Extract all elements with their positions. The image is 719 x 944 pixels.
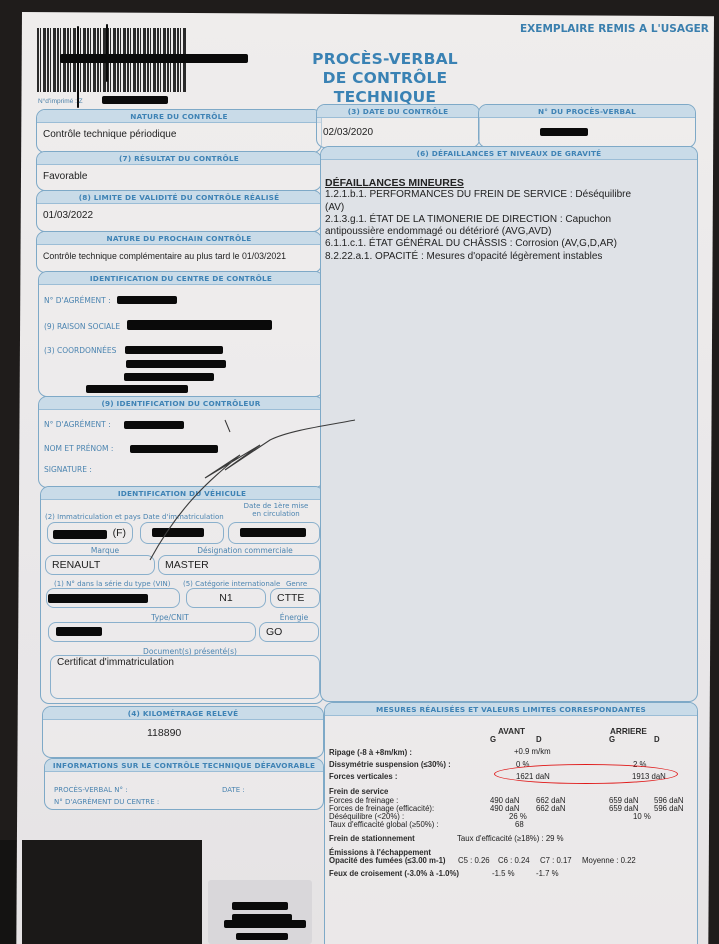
section-header: N° DU PROCÈS-VERBAL <box>479 105 695 118</box>
section-header: (4) KILOMÉTRAGE RELEVÉ <box>43 707 323 720</box>
dissymetrie-label: Dissymétrie suspension (≤30%) : <box>329 760 451 769</box>
coordonnees-label: (3) COORDONNÉES <box>44 346 116 355</box>
opacite-label: Opacité des fumées (≤3.00 m-1) <box>329 856 446 865</box>
frein-stationnement-label: Frein de stationnement <box>329 834 415 843</box>
arriere-d: D <box>654 735 660 744</box>
opacite-c5: C5 : 0.26 <box>458 856 490 865</box>
documents-field: Certificat d'immatriculation <box>50 655 320 699</box>
defaillance-line: 2.1.3.g.1. ÉTAT DE LA TIMONERIE DE DIREC… <box>325 214 685 226</box>
opacite-c7: C7 : 0.17 <box>540 856 572 865</box>
date-mise-label: Date de 1ère mise en circulation <box>236 502 316 518</box>
taux-global-value: 68 <box>515 820 524 829</box>
energie-label: Énergie <box>272 613 316 622</box>
genre-label: Genre <box>286 580 307 588</box>
section-header: NATURE DU PROCHAIN CONTRÔLE <box>37 232 321 245</box>
date-controle-box: (3) DATE DU CONTRÔLE 02/03/2020 <box>316 104 480 148</box>
immat-label: (2) Immatriculation et pays <box>45 513 141 521</box>
defaillances-title: DÉFAILLANCES MINEURES <box>325 177 685 189</box>
type-label: Type/CNIT <box>130 613 210 622</box>
prochain-value: Contrôle technique complémentaire au plu… <box>37 245 321 261</box>
feux-croisement-g: -1.5 % <box>492 869 515 878</box>
ripage-value: +0.9 m/km <box>514 747 551 756</box>
defaillance-line: 8.2.22.a.1. OPACITÉ : Mesures d'opacité … <box>325 251 685 263</box>
signature-label: SIGNATURE : <box>44 465 92 474</box>
section-header: (6) DÉFAILLANCES ET NIVEAUX DE GRAVITÉ <box>321 147 697 160</box>
feux-croisement-label: Feux de croisement (-3.0% à -1.0%) <box>329 869 459 878</box>
forces-verticales-label: Forces verticales : <box>329 772 397 781</box>
pv-number-box: N° DU PROCÈS-VERBAL <box>478 104 696 148</box>
country-suffix: (F) <box>113 527 126 539</box>
redaction <box>60 54 248 63</box>
redaction <box>240 528 306 537</box>
frein-stationnement-value: Taux d'efficacité (≥18%) : 29 % <box>457 834 564 843</box>
section-header: IDENTIFICATION DU CENTRE DE CONTRÔLE <box>39 272 323 285</box>
ripage-label: Ripage (-8 à +8m/km) : <box>329 748 412 757</box>
redaction <box>224 920 306 928</box>
defaillance-line: 1.2.1.b.1. PERFORMANCES DU FREIN DE SERV… <box>325 189 685 201</box>
genre-field: CTTE <box>270 588 320 608</box>
redaction <box>127 320 272 330</box>
avant-g: G <box>490 735 496 744</box>
designation-field: MASTER <box>158 555 320 575</box>
defaillances-list: DÉFAILLANCES MINEURES 1.2.1.b.1. PERFORM… <box>325 177 685 263</box>
section-header: (3) DATE DU CONTRÔLE <box>317 105 479 118</box>
feux-croisement-d: -1.7 % <box>536 869 559 878</box>
redaction <box>86 385 188 393</box>
redaction <box>117 296 177 304</box>
redaction <box>124 373 214 381</box>
date-mise-line-1: Date de 1ère mise <box>236 502 316 510</box>
defaillance-line: 6.1.1.c.1. ÉTAT GÉNÉRAL DU CHÂSSIS : Cor… <box>325 238 685 250</box>
section-header: MESURES RÉALISÉES ET VALEURS LIMITES COR… <box>325 703 697 716</box>
redaction <box>152 528 204 537</box>
title-line-1: PROCÈS-VERBAL <box>270 50 500 69</box>
categorie-label: (5) Catégorie internationale <box>183 580 280 588</box>
redaction <box>77 26 79 108</box>
defaillance-line: antipoussière endommagé ou détérioré (AV… <box>325 226 685 238</box>
section-header: IDENTIFICATION DU VÉHICULE <box>41 487 323 500</box>
redaction <box>236 933 288 940</box>
section-header: (9) IDENTIFICATION DU CONTRÔLEUR <box>39 397 323 410</box>
redaction <box>124 421 184 429</box>
section-header: (7) RÉSULTAT DU CONTRÔLE <box>37 152 321 165</box>
designation-label: Désignation commerciale <box>160 546 330 555</box>
redaction <box>232 902 288 910</box>
section-header: INFORMATIONS SUR LE CONTRÔLE TECHNIQUE D… <box>45 759 323 772</box>
prochain-controle-box: NATURE DU PROCHAIN CONTRÔLE Contrôle tec… <box>36 231 322 273</box>
kilometrage-box: (4) KILOMÉTRAGE RELEVÉ 118890 <box>42 706 324 758</box>
kilometrage-value: 118890 <box>147 727 181 739</box>
section-header: NATURE DU CONTRÔLE <box>37 110 321 123</box>
avant-d: D <box>536 735 542 744</box>
agrement-label: N° D'AGRÉMENT : <box>44 296 111 305</box>
forces-efficacite-avd: 662 daN <box>536 804 565 813</box>
validite-value: 01/03/2022 <box>37 204 321 221</box>
section-header: (8) LIMITE DE VALIDITÉ DU CONTRÔLE RÉALI… <box>37 191 321 204</box>
redaction <box>106 24 108 82</box>
frein-service-label: Frein de service <box>329 787 388 796</box>
redaction <box>540 128 588 136</box>
arriere-g: G <box>609 735 615 744</box>
title-line-2: DE CONTRÔLE TECHNIQUE <box>270 69 500 107</box>
energie-field: GO <box>259 622 319 642</box>
pv-number-label: PROCÈS-VERBAL N° : <box>54 786 128 794</box>
redaction <box>48 594 148 603</box>
redaction <box>102 96 168 104</box>
background <box>22 840 202 944</box>
resultat-box: (7) RÉSULTAT DU CONTRÔLE Favorable <box>36 151 322 191</box>
raison-sociale-label: (9) RAISON SOCIALE <box>44 322 120 331</box>
redaction <box>130 445 218 453</box>
date-label: DATE : <box>222 786 245 794</box>
agrement-centre-label: N° D'AGRÉMENT DU CENTRE : <box>54 798 159 806</box>
redaction <box>56 627 102 636</box>
imprime-label: N°d'imprimé : Z <box>38 98 83 105</box>
defaillance-line: (AV) <box>325 202 685 214</box>
vin-label: (1) N° dans la série du type (VIN) <box>54 580 170 588</box>
resultat-value: Favorable <box>37 165 321 182</box>
avant-header: AVANT <box>498 727 525 736</box>
arriere-header: ARRIERE <box>610 727 647 736</box>
categorie-field: N1 <box>186 588 266 608</box>
marque-label: Marque <box>60 546 150 555</box>
nature-controle-box: NATURE DU CONTRÔLE Contrôle technique pé… <box>36 109 322 153</box>
opacite-c6: C6 : 0.24 <box>498 856 530 865</box>
opacite-moyenne: Moyenne : 0.22 <box>582 856 636 865</box>
desequilibre-arriere: 10 % <box>633 812 651 821</box>
date-immat-label: Date d'immatriculation <box>143 513 224 521</box>
controleur-box: (9) IDENTIFICATION DU CONTRÔLEUR <box>38 396 324 488</box>
defaillances-box: (6) DÉFAILLANCES ET NIVEAUX DE GRAVITÉ D… <box>320 146 698 702</box>
exemplaire-label: EXEMPLAIRE REMIS A L'USAGER <box>520 23 709 35</box>
forces-efficacite-ard: 596 daN <box>654 804 683 813</box>
validite-box: (8) LIMITE DE VALIDITÉ DU CONTRÔLE RÉALI… <box>36 190 322 232</box>
date-mise-line-2: en circulation <box>236 510 316 518</box>
date-value: 02/03/2020 <box>317 118 479 138</box>
page-title: PROCÈS-VERBAL DE CONTRÔLE TECHNIQUE <box>270 50 500 107</box>
redaction <box>53 530 107 539</box>
redaction <box>125 346 223 354</box>
nom-label: NOM ET PRÉNOM : <box>44 444 113 453</box>
agrement-label: N° D'AGRÉMENT : <box>44 420 111 429</box>
nature-value: Contrôle technique périodique <box>37 123 321 140</box>
redaction <box>126 360 226 368</box>
red-circle-annotation <box>494 764 678 784</box>
marque-field: RENAULT <box>45 555 155 575</box>
taux-global-label: Taux d'efficacité global (≥50%) : <box>329 820 439 829</box>
